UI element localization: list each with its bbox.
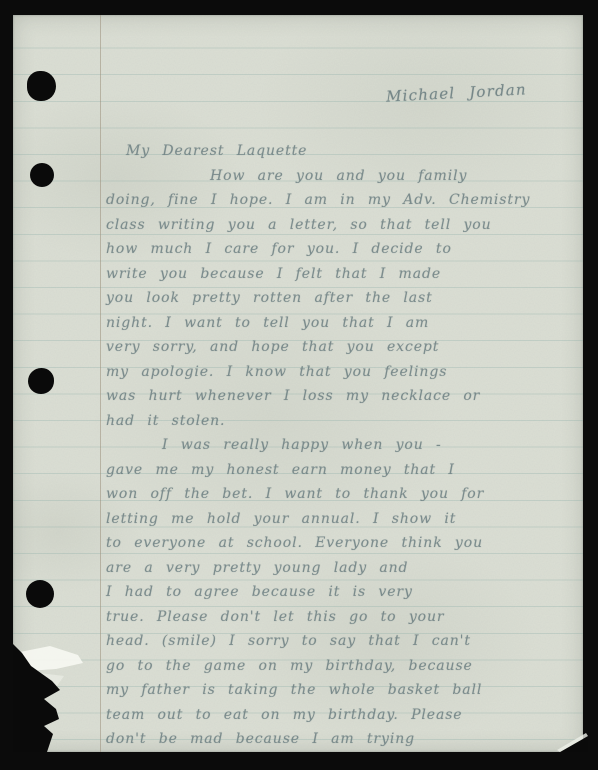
- letter-line: I had to agree because it is very: [106, 580, 576, 605]
- letter-line: won off the bet. I want to thank you for: [106, 482, 576, 507]
- punch-hole: [26, 580, 54, 608]
- punch-hole: [27, 71, 56, 101]
- letter-line: gave me my honest earn money that I: [106, 458, 576, 483]
- letter-line: I was really happy when you -: [106, 433, 576, 458]
- letter-line: how much I care for you. I decide to: [106, 237, 576, 262]
- letter-line: class writing you a letter, so that tell…: [106, 213, 576, 238]
- letter-line: write you because I felt that I made: [106, 262, 576, 287]
- letter-line: don't be mad because I am trying: [106, 727, 576, 752]
- letter-line: you look pretty rotten after the last: [106, 286, 576, 311]
- letter-line: doing, fine I hope. I am in my Adv. Chem…: [106, 188, 576, 213]
- letter-line: true. Please don't let this go to your: [106, 605, 576, 630]
- letter-body: My Dearest LaquetteHow are you and you f…: [106, 139, 576, 752]
- scan-frame: Michael Jordan My Dearest LaquetteHow ar…: [0, 0, 598, 770]
- letter-line: go to the game on my birthday, because: [106, 654, 576, 679]
- letter-line: my father is taking the whole basket bal…: [106, 678, 576, 703]
- letter-line: are a very pretty young lady and: [106, 556, 576, 581]
- letter-line: team out to eat on my birthday. Please: [106, 703, 576, 728]
- letter-line: to everyone at school. Everyone think yo…: [106, 531, 576, 556]
- letter-line: How are you and you family: [106, 164, 576, 189]
- letter-line: head. (smile) I sorry to say that I can'…: [106, 629, 576, 654]
- letter-line: had it stolen.: [106, 409, 576, 434]
- letter-line: night. I want to tell you that I am: [106, 311, 576, 336]
- letter-line: very sorry, and hope that you except: [106, 335, 576, 360]
- letter-line: was hurt whenever I loss my necklace or: [106, 384, 576, 409]
- letter-line: My Dearest Laquette: [106, 139, 576, 164]
- punch-hole: [28, 368, 54, 394]
- letter-line: letting me hold your annual. I show it: [106, 507, 576, 532]
- punch-hole: [30, 163, 54, 187]
- letter-line: my apologie. I know that you feelings: [106, 360, 576, 385]
